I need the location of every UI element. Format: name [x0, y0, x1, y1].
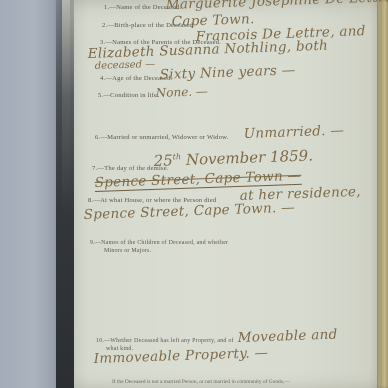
handwritten-condition: None. —	[156, 84, 209, 100]
facing-page-edge	[0, 0, 62, 388]
book-binding-gutter	[56, 0, 74, 388]
field-label-children-line2: Minors or Majors.	[104, 248, 151, 254]
field-label-property-line1: 10.—Whether Deceased has left any Proper…	[96, 338, 234, 344]
field-label-marital-status: 6.—Married or unmarried, Widower or Wido…	[95, 134, 229, 141]
scanned-death-notice-page: 1.—Name of the Deceased. Marguerite Jose…	[0, 0, 388, 388]
demise-day: 25	[153, 151, 173, 170]
form-footnote: If the Deceased is not a married Person,…	[112, 379, 290, 385]
field-label-condition-in-life: 5.—Condition in life.	[98, 92, 159, 99]
field-label-children-line1: 9.—Names of the Children of Deceased, an…	[90, 240, 228, 246]
stacked-page-edges	[377, 0, 388, 388]
handwritten-parents-line3: deceased —	[95, 59, 156, 72]
